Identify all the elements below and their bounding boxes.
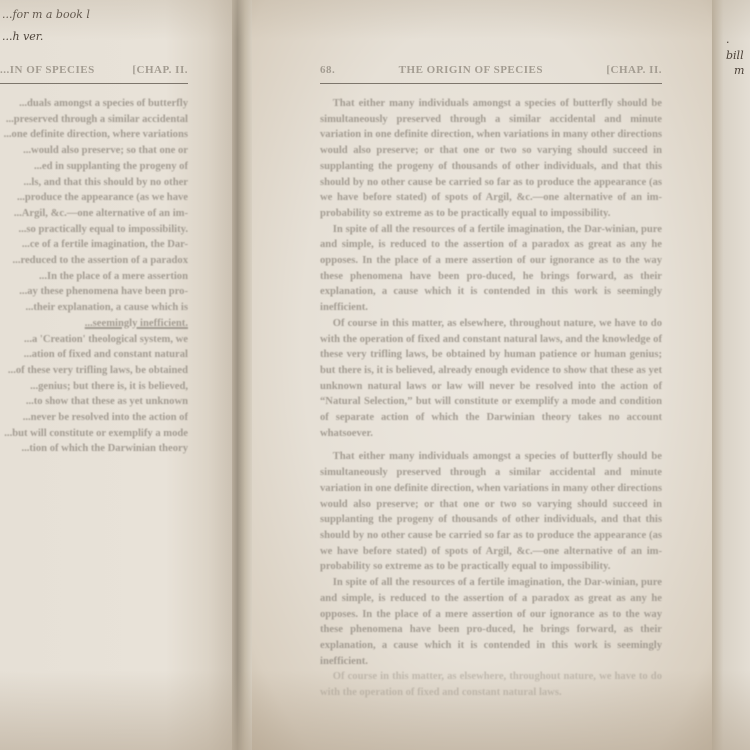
left-text-line: ...ce of a fertile imagination, the Dar-	[0, 237, 188, 253]
left-text-line: ...ay these phenomena have been pro-	[0, 284, 188, 300]
left-text-line: ...a 'Creation' theological system, we	[0, 332, 188, 348]
right-page: 68. THE ORIGIN OF SPECIES [CHAP. II. Tha…	[252, 0, 714, 750]
left-text-line: ...preserved through a similar accidenta…	[0, 112, 188, 128]
left-text-line: ...ation of fixed and constant natural	[0, 347, 188, 363]
left-text-line: ...ls, and that this should by no other	[0, 175, 188, 191]
margin-note-2: m	[734, 64, 744, 77]
left-running-title: ...IN OF SPECIES	[0, 64, 95, 76]
left-running-chapter: [CHAP. II.	[132, 64, 188, 76]
left-text-line: ...seemingly inefficient.	[0, 316, 188, 332]
left-text-line: ...reduced to the assertion of a paradox	[0, 253, 188, 269]
paragraph-6: Of course in this matter, as elsewhere, …	[320, 669, 662, 700]
left-text-line: ...but will constitute or exemplify a mo…	[0, 426, 188, 442]
right-running-title: THE ORIGIN OF SPECIES	[399, 64, 543, 76]
right-running-chapter: [CHAP. II.	[606, 64, 662, 76]
left-page-body: ...duals amongst a species of butterfly.…	[0, 96, 188, 457]
paragraph-4: That either many individuals amongst a s…	[320, 449, 662, 575]
left-text-line: ...would also preserve; so that one or	[0, 143, 188, 159]
left-running-header: ...IN OF SPECIES [CHAP. II.	[0, 64, 188, 84]
left-text-line: ...so practically equal to impossibility…	[0, 222, 188, 238]
left-text-line: ...produce the appearance (as we have	[0, 190, 188, 206]
left-text-line: ...of these very trifling laws, be obtai…	[0, 363, 188, 379]
handwritten-note-line-2: ...h ver.	[2, 30, 43, 43]
far-right-page-edge: · bill m	[712, 0, 750, 750]
right-running-header: 68. THE ORIGIN OF SPECIES [CHAP. II.	[320, 64, 662, 84]
left-text-line: ...to show that these as yet unknown	[0, 394, 188, 410]
left-text-line: ...their explanation, a cause which is	[0, 300, 188, 316]
left-text-line: ...Argil, &c.—one alternative of an im-	[0, 206, 188, 222]
left-text-line: ...genius; but there is, it is believed,	[0, 379, 188, 395]
left-text-line: ...In the place of a mere assertion	[0, 269, 188, 285]
handwritten-note-line-1: ...for m a book l	[2, 8, 90, 21]
left-text-line: ...tion of which the Darwinian theory	[0, 441, 188, 457]
left-text-line: ...ed in supplanting the progeny of	[0, 159, 188, 175]
paragraph-5: In spite of all the resources of a ferti…	[320, 575, 662, 669]
paragraph-2: In spite of all the resources of a ferti…	[320, 222, 662, 316]
left-text-line: ...one definite direction, where variati…	[0, 127, 188, 143]
left-page: ...for m a book l ...h ver. ...IN OF SPE…	[0, 0, 236, 750]
left-text-line: ...never be resolved into the action of	[0, 410, 188, 426]
book-gutter	[232, 0, 254, 750]
left-text-line: ...duals amongst a species of butterfly	[0, 96, 188, 112]
page-number: 68.	[320, 64, 335, 76]
right-page-body: That either many individuals amongst a s…	[320, 96, 662, 701]
margin-note-1: · bill	[726, 36, 750, 62]
paragraph-1: That either many individuals amongst a s…	[320, 96, 662, 222]
paragraph-3: Of course in this matter, as elsewhere, …	[320, 316, 662, 442]
